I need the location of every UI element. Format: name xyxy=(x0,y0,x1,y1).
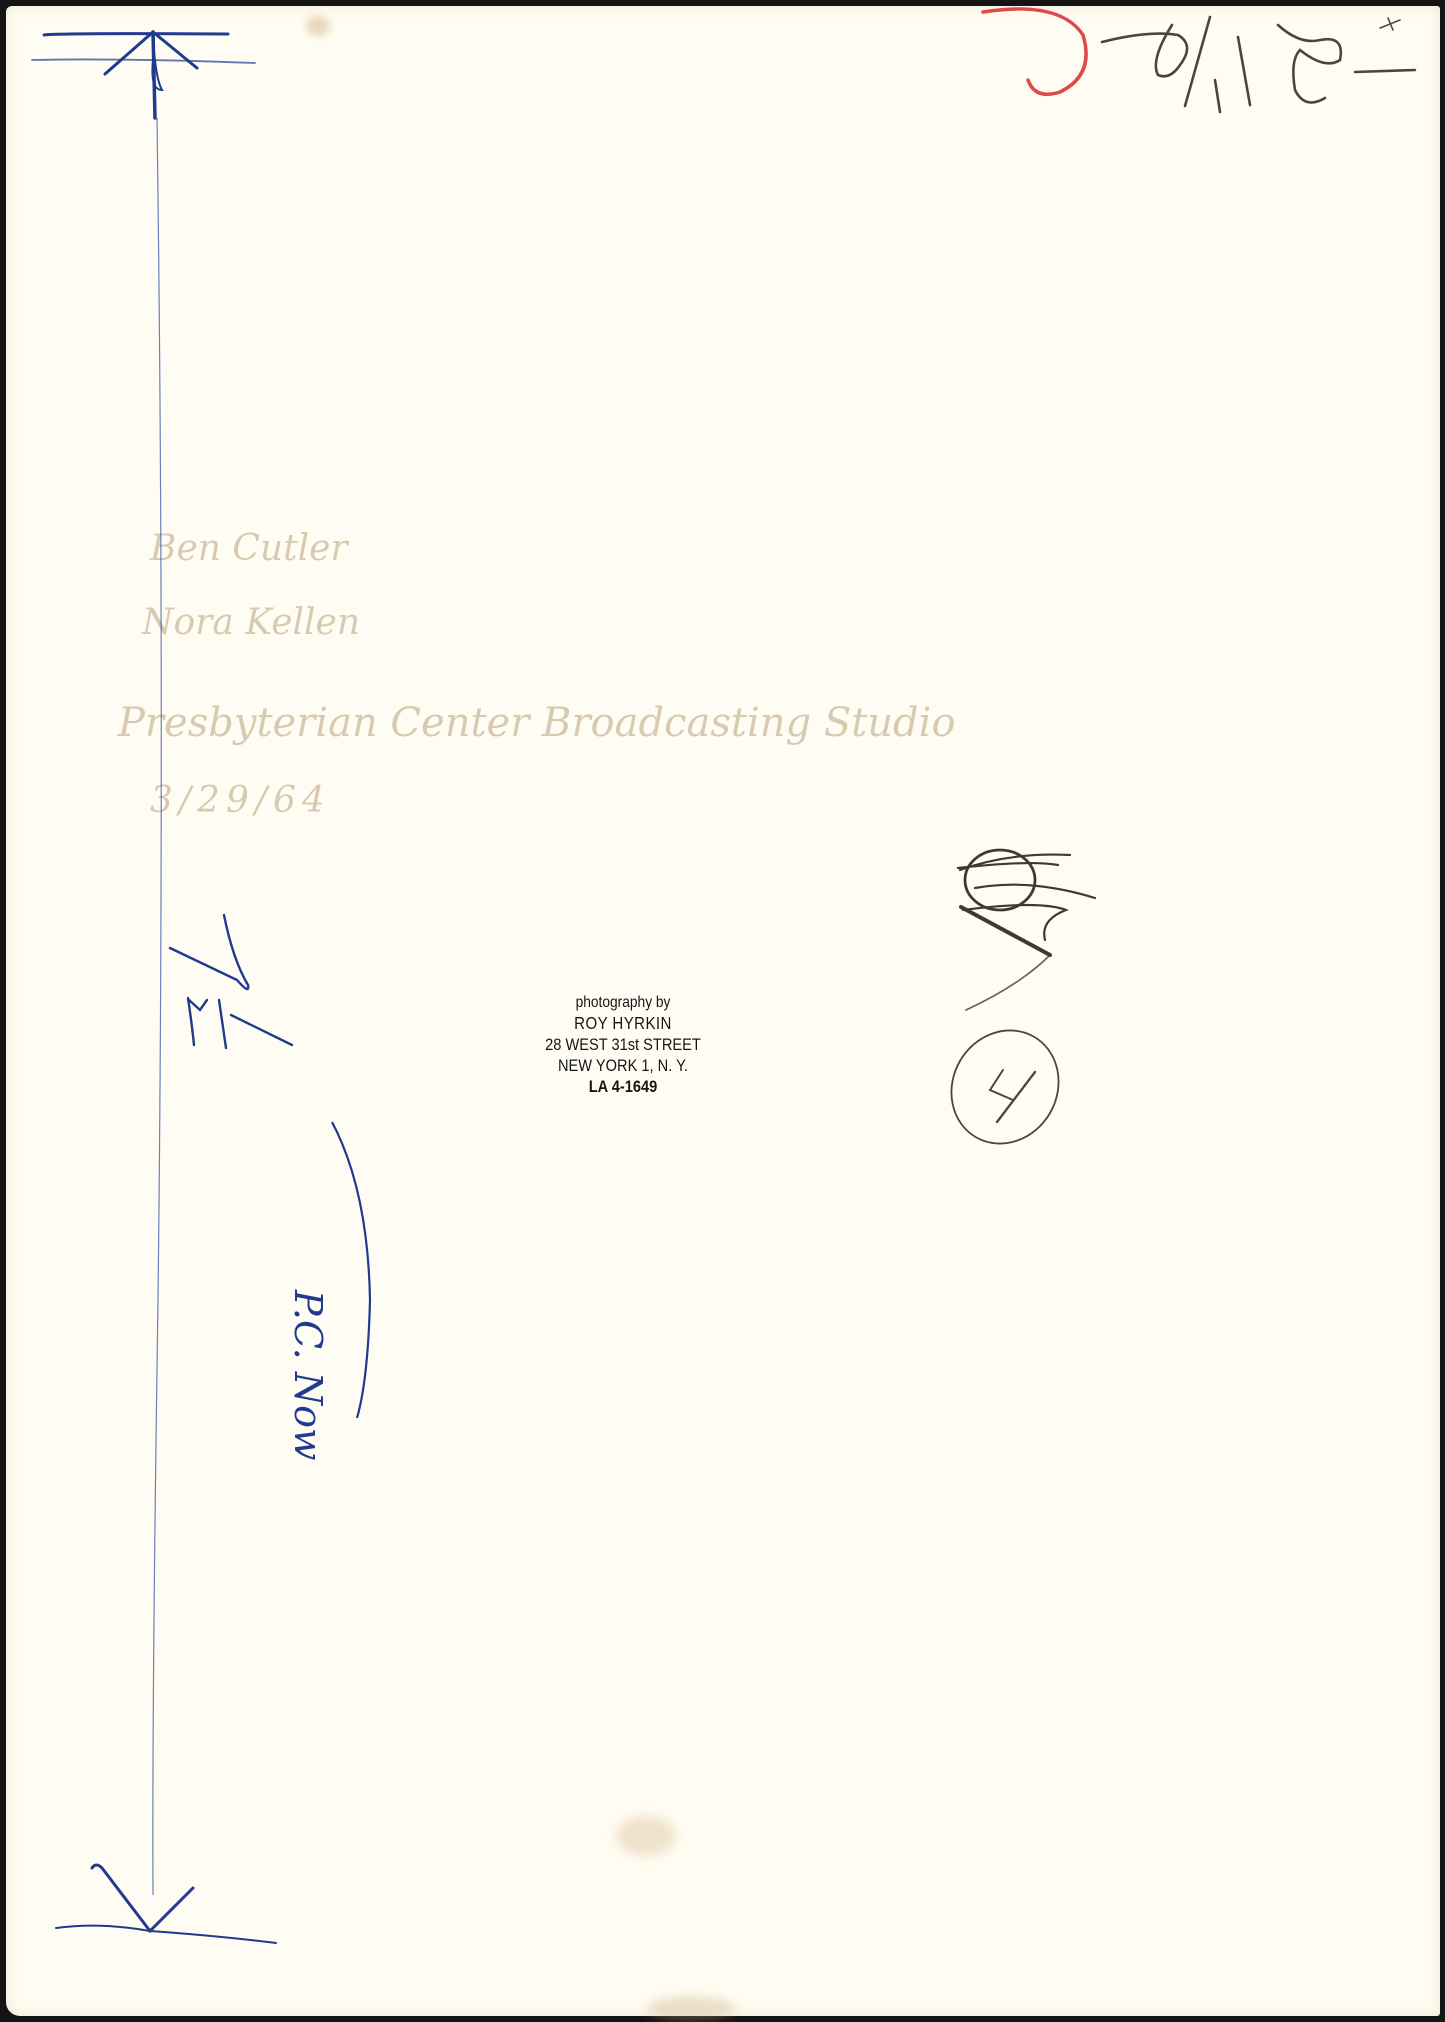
caption-location: Presbyterian Center Broadcasting Studio xyxy=(118,700,956,746)
caption-name-2: Nora Kellen xyxy=(142,602,360,643)
paper-stain xyxy=(616,1816,676,1856)
annotation-circled-number: 4 xyxy=(0,0,1,1)
photo-back-card xyxy=(6,6,1440,2016)
caption-name-1: Ben Cutler xyxy=(150,528,348,569)
stamp-line-city: NEW YORK 1, N. Y. xyxy=(524,1055,722,1076)
paper-stain xyxy=(306,16,330,36)
rotated-note-text: P.C. Now xyxy=(286,1290,330,1460)
stamp-line-phone: LA 4-1649 xyxy=(524,1076,722,1097)
stamp-line-photographer-name: ROY HYRKIN xyxy=(524,1013,722,1034)
annotation-top-right-code: 2-1/4 C (inverted) xyxy=(0,0,1,1)
photographer-stamp: photography by ROY HYRKIN 28 WEST 31st S… xyxy=(524,992,722,1097)
caption-location-text: Presbyterian Center Broadcasting Studio xyxy=(118,700,956,746)
rotated-note: P.C. Now xyxy=(286,1290,330,1460)
stamp-line-photography-by: photography by xyxy=(524,992,722,1013)
paper-stain xyxy=(646,1996,736,2020)
annotation-crop-label: 7 1/2 (rotated) xyxy=(0,0,1,1)
caption-date: 3/29/64 xyxy=(150,780,331,821)
stamp-line-street: 28 WEST 31st STREET xyxy=(524,1034,722,1055)
